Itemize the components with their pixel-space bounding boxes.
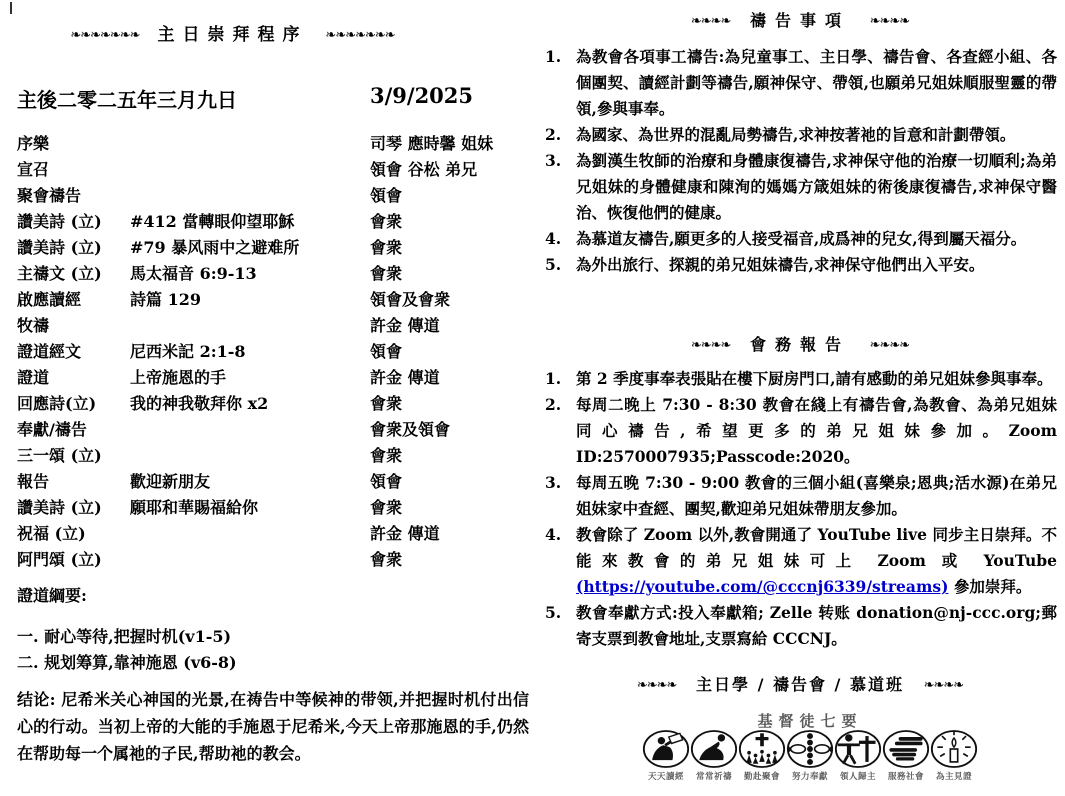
item-number: 1.	[545, 44, 576, 122]
program-label: 牧禱	[17, 316, 49, 335]
item-number: 4.	[545, 226, 576, 252]
icon-label: 天天讀經	[642, 770, 690, 782]
program-who: 領會 谷松 弟兄	[370, 157, 477, 183]
program-label: 讚美詩 (立)	[17, 498, 102, 517]
program-row: 序樂司琴 應時馨 姐妹	[17, 131, 522, 157]
item-number: 2.	[545, 392, 576, 470]
program-who: 會衆	[370, 547, 402, 573]
prayer-section-header: ❧❧❧❧ 禱告事項 ❧❧❧❧	[540, 8, 1060, 31]
item-text: 為慕道友禱告,願更多的人接受福音,成爲神的兒女,得到屬天福分。	[576, 226, 1057, 252]
program-label: 主禱文 (立)	[17, 264, 102, 283]
item-number: 2.	[545, 122, 576, 148]
classes-section-title: 主日學 / 禱告會 / 慕道班	[696, 675, 904, 694]
program-row: 讚美詩 (立)願耶和華賜福給你會衆	[17, 495, 522, 521]
program-who: 許金 傳道	[370, 521, 440, 547]
report-item: 5.教會奉獻方式:投入奉獻箱; Zelle 转账 donation@nj-ccc…	[545, 600, 1057, 652]
item-text: 為教會各項事工禱告:為兒童事工、主日學、禱告會、各查經小組、各個團契、讀經計劃等…	[576, 44, 1057, 122]
swirl-ornament-icon: ❧❧❧❧	[637, 678, 677, 693]
essential-lead-to-christ: 領人歸主	[834, 729, 882, 782]
program-item: 馬太福音 6:9-13	[130, 261, 257, 287]
report-item: 3.每周五晚 7:30 - 9:00 教會的三個小組(喜樂泉;恩典;活水源)在弟…	[545, 470, 1057, 522]
program-who: 領會及會衆	[370, 287, 450, 313]
sermon-outline: 一. 耐心等待,把握时机(v1-5) 二. 规划筹算,靠神施恩 (v6-8)	[17, 624, 237, 676]
worship-program-table: 序樂司琴 應時馨 姐妹 宣召領會 谷松 弟兄 聚會禱告領會 讚美詩 (立)#41…	[17, 131, 522, 573]
program-who: 會衆	[370, 261, 402, 287]
program-label: 序樂	[17, 134, 49, 153]
program-row: 主禱文 (立)馬太福音 6:9-13會衆	[17, 261, 522, 287]
person-with-cross-icon	[834, 729, 882, 769]
program-label: 讚美詩 (立)	[17, 238, 102, 257]
program-label: 宣召	[17, 160, 49, 179]
program-who: 會衆	[370, 391, 402, 417]
program-row: 阿門頌 (立)會衆	[17, 547, 522, 573]
swirl-ornament-icon: ❧❧❧❧❧❧❧	[325, 28, 394, 43]
item-number: 3.	[545, 148, 576, 226]
prayer-item: 3.為劉漢生牧師的治療和身體康復禱告,求神保守他的治療一切順利;為弟兄姐妹的身體…	[545, 148, 1057, 226]
program-label: 聚會禱告	[17, 186, 81, 205]
essential-read-bible: 天天讀經	[642, 729, 690, 782]
icon-label: 常常祈禱	[690, 770, 738, 782]
swirl-ornament-icon: ❧❧❧❧	[691, 338, 731, 353]
program-row: 祝福 (立)許金 傳道	[17, 521, 522, 547]
program-who: 會衆及領會	[370, 417, 450, 443]
program-row: 三一頌 (立)會衆	[17, 443, 522, 469]
program-item: 我的神我敬拜你 x2	[130, 391, 268, 417]
congregation-cross-icon	[738, 729, 786, 769]
program-label: 啟應讀經	[17, 290, 81, 309]
classes-section-header: ❧❧❧❧ 主日學 / 禱告會 / 慕道班 ❧❧❧❧	[540, 672, 1060, 695]
report-section-title: 會務報告	[750, 335, 850, 354]
swirl-ornament-icon: ❧❧❧❧❧❧❧	[70, 28, 139, 43]
report-item: 4.教會除了 Zoom 以外,教會開通了 YouTube live 同步主日崇拜…	[545, 522, 1057, 600]
serving-hands-icon	[882, 729, 930, 769]
program-item: 尼西米記 2:1-8	[130, 339, 246, 365]
program-label: 奉獻/禱告	[17, 420, 87, 439]
program-item: 願耶和華賜福給你	[130, 495, 258, 521]
essential-pray: 常常祈禱	[690, 729, 738, 782]
item-text: 為劉漢生牧師的治療和身體康復禱告,求神保守他的治療一切順利;為弟兄姐妹的身體健康…	[576, 148, 1057, 226]
item-number: 3.	[545, 470, 576, 522]
icon-label: 服務社會	[882, 770, 930, 782]
prayer-section-title: 禱告事項	[750, 11, 850, 30]
prayer-item: 4.為慕道友禱告,願更多的人接受福音,成爲神的兒女,得到屬天福分。	[545, 226, 1057, 252]
program-row: 讚美詩 (立)#79 暴风雨中之避难所會衆	[17, 235, 522, 261]
prayer-list: 1.為教會各項事工禱告:為兒童事工、主日學、禱告會、各查經小組、各個團契、讀經計…	[545, 44, 1057, 278]
program-row: 牧禱許金 傳道	[17, 313, 522, 339]
youtube-stream-link[interactable]: (https://youtube.com/@cccnj6339/streams)	[576, 577, 948, 596]
program-who: 許金 傳道	[370, 313, 440, 339]
icon-label: 勤赴聚會	[738, 770, 786, 782]
item-text-post: 參加崇拜。	[948, 577, 1031, 596]
item-number: 1.	[545, 366, 576, 392]
program-who: 領會	[370, 339, 402, 365]
page-title: 主日崇拜程序	[158, 25, 308, 45]
item-text: 為國家、為世界的混亂局勢禱告,求神按著祂的旨意和計劃帶領。	[576, 122, 1057, 148]
program-label: 證道經文	[17, 342, 81, 361]
candle-icon	[930, 729, 978, 769]
item-text-pre: 教會除了 Zoom 以外,教會開通了 YouTube live 同步主日崇拜。不…	[576, 525, 1057, 570]
swirl-ornament-icon: ❧❧❧❧	[924, 678, 964, 693]
program-row: 宣召領會 谷松 弟兄	[17, 157, 522, 183]
icon-label: 領人歸主	[834, 770, 882, 782]
program-row: 讚美詩 (立)#412 當轉眼仰望耶穌會衆	[17, 209, 522, 235]
swirl-ornament-icon: ❧❧❧❧	[870, 14, 910, 29]
icon-label: 努力奉獻	[786, 770, 834, 782]
reading-icon	[642, 729, 690, 769]
report-item: 2.每周二晚上 7:30 - 8:30 教會在綫上有禱告會,為教會、為弟兄姐妹同…	[545, 392, 1057, 470]
item-number: 5.	[545, 600, 576, 652]
prayer-item: 1.為教會各項事工禱告:為兒童事工、主日學、禱告會、各查經小組、各個團契、讀經計…	[545, 44, 1057, 122]
program-label: 三一頌 (立)	[17, 446, 102, 465]
report-item: 1.第 2 季度事奉表張貼在樓下厨房門口,請有感動的弟兄姐妹參與事奉。	[545, 366, 1057, 392]
sermon-conclusion: 结论: 尼希米关心神国的光景,在祷告中等候神的带领,并把握时机付出信心的行动。当…	[17, 686, 529, 767]
essential-attend-meetings: 勤赴聚會	[738, 729, 786, 782]
icon-label: 為主見證	[930, 770, 978, 782]
program-who: 會衆	[370, 495, 402, 521]
program-item: 上帝施恩的手	[130, 365, 226, 391]
program-who: 會衆	[370, 443, 402, 469]
item-text: 教會奉獻方式:投入奉獻箱; Zelle 转账 donation@nj-ccc.o…	[576, 600, 1057, 652]
program-item: #412 當轉眼仰望耶穌	[130, 209, 294, 235]
program-label: 祝福 (立)	[17, 524, 86, 543]
program-who: 領會	[370, 183, 402, 209]
stray-mark	[10, 2, 12, 14]
item-number: 4.	[545, 522, 576, 600]
seven-essentials-title: 基督徒七要	[640, 710, 980, 731]
program-row: 報告歡迎新朋友領會	[17, 469, 522, 495]
sermon-outline-point: 二. 规划筹算,靠神施恩 (v6-8)	[17, 650, 237, 676]
essential-witness: 為主見證	[930, 729, 978, 782]
program-label: 報告	[17, 472, 49, 491]
item-text: 教會除了 Zoom 以外,教會開通了 YouTube live 同步主日崇拜。不…	[576, 522, 1057, 600]
program-label: 讚美詩 (立)	[17, 212, 102, 231]
item-text: 每周二晚上 7:30 - 8:30 教會在綫上有禱告會,為教會、為弟兄姐妹同心禱…	[576, 392, 1057, 470]
program-item: 歡迎新朋友	[130, 469, 210, 495]
item-text: 第 2 季度事奉表張貼在樓下厨房門口,請有感動的弟兄姐妹參與事奉。	[576, 366, 1057, 392]
program-item: #79 暴风雨中之避难所	[130, 235, 299, 261]
program-who: 領會	[370, 469, 402, 495]
swirl-ornament-icon: ❧❧❧❧	[870, 338, 910, 353]
program-item: 詩篇 129	[130, 287, 201, 313]
item-text: 為外出旅行、探親的弟兄姐妹禱告,求神保守他們出入平安。	[576, 252, 1057, 278]
date-numeric: 3/9/2025	[370, 83, 473, 108]
program-row: 回應詩(立)我的神我敬拜你 x2會衆	[17, 391, 522, 417]
program-who: 司琴 應時馨 姐妹	[370, 131, 493, 157]
essential-offering: 努力奉獻	[786, 729, 834, 782]
item-text: 每周五晚 7:30 - 9:00 教會的三個小組(喜樂泉;恩典;活水源)在弟兄姐…	[576, 470, 1057, 522]
bulletin-page: ❧❧❧❧❧❧❧ 主日崇拜程序 ❧❧❧❧❧❧❧ 主後二零二五年三月九日 3/9/2…	[0, 0, 1065, 796]
item-number: 5.	[545, 252, 576, 278]
program-who: 會衆	[370, 209, 402, 235]
program-row: 啟應讀經詩篇 129領會及會衆	[17, 287, 522, 313]
report-list: 1.第 2 季度事奉表張貼在樓下厨房門口,請有感動的弟兄姐妹參與事奉。 2.每周…	[545, 366, 1057, 652]
date-chinese: 主後二零二五年三月九日	[17, 84, 237, 113]
program-row: 奉獻/禱告會衆及領會	[17, 417, 522, 443]
seven-essentials-icons: 天天讀經 常常祈禱 勤赴聚會	[640, 729, 980, 782]
sermon-outline-heading: 證道綱要:	[17, 583, 87, 606]
swirl-ornament-icon: ❧❧❧❧	[691, 14, 731, 29]
sermon-outline-point: 一. 耐心等待,把握时机(v1-5)	[17, 624, 237, 650]
prayer-item: 2.為國家、為世界的混亂局勢禱告,求神按著祂的旨意和計劃帶領。	[545, 122, 1057, 148]
prayer-item: 5.為外出旅行、探親的弟兄姐妹禱告,求神保守他們出入平安。	[545, 252, 1057, 278]
program-row: 證道上帝施恩的手許金 傳道	[17, 365, 522, 391]
program-label: 證道	[17, 368, 49, 387]
program-who: 許金 傳道	[370, 365, 440, 391]
report-section-header: ❧❧❧❧ 會務報告 ❧❧❧❧	[540, 332, 1060, 355]
program-row: 證道經文尼西米記 2:1-8領會	[17, 339, 522, 365]
fish-and-coins-icon	[786, 729, 834, 769]
program-title-row: ❧❧❧❧❧❧❧ 主日崇拜程序 ❧❧❧❧❧❧❧	[0, 20, 465, 45]
praying-icon	[690, 729, 738, 769]
program-label: 阿門頌 (立)	[17, 550, 102, 569]
program-who: 會衆	[370, 235, 402, 261]
program-label: 回應詩(立)	[17, 394, 96, 413]
essential-serve-society: 服務社會	[882, 729, 930, 782]
program-row: 聚會禱告領會	[17, 183, 522, 209]
